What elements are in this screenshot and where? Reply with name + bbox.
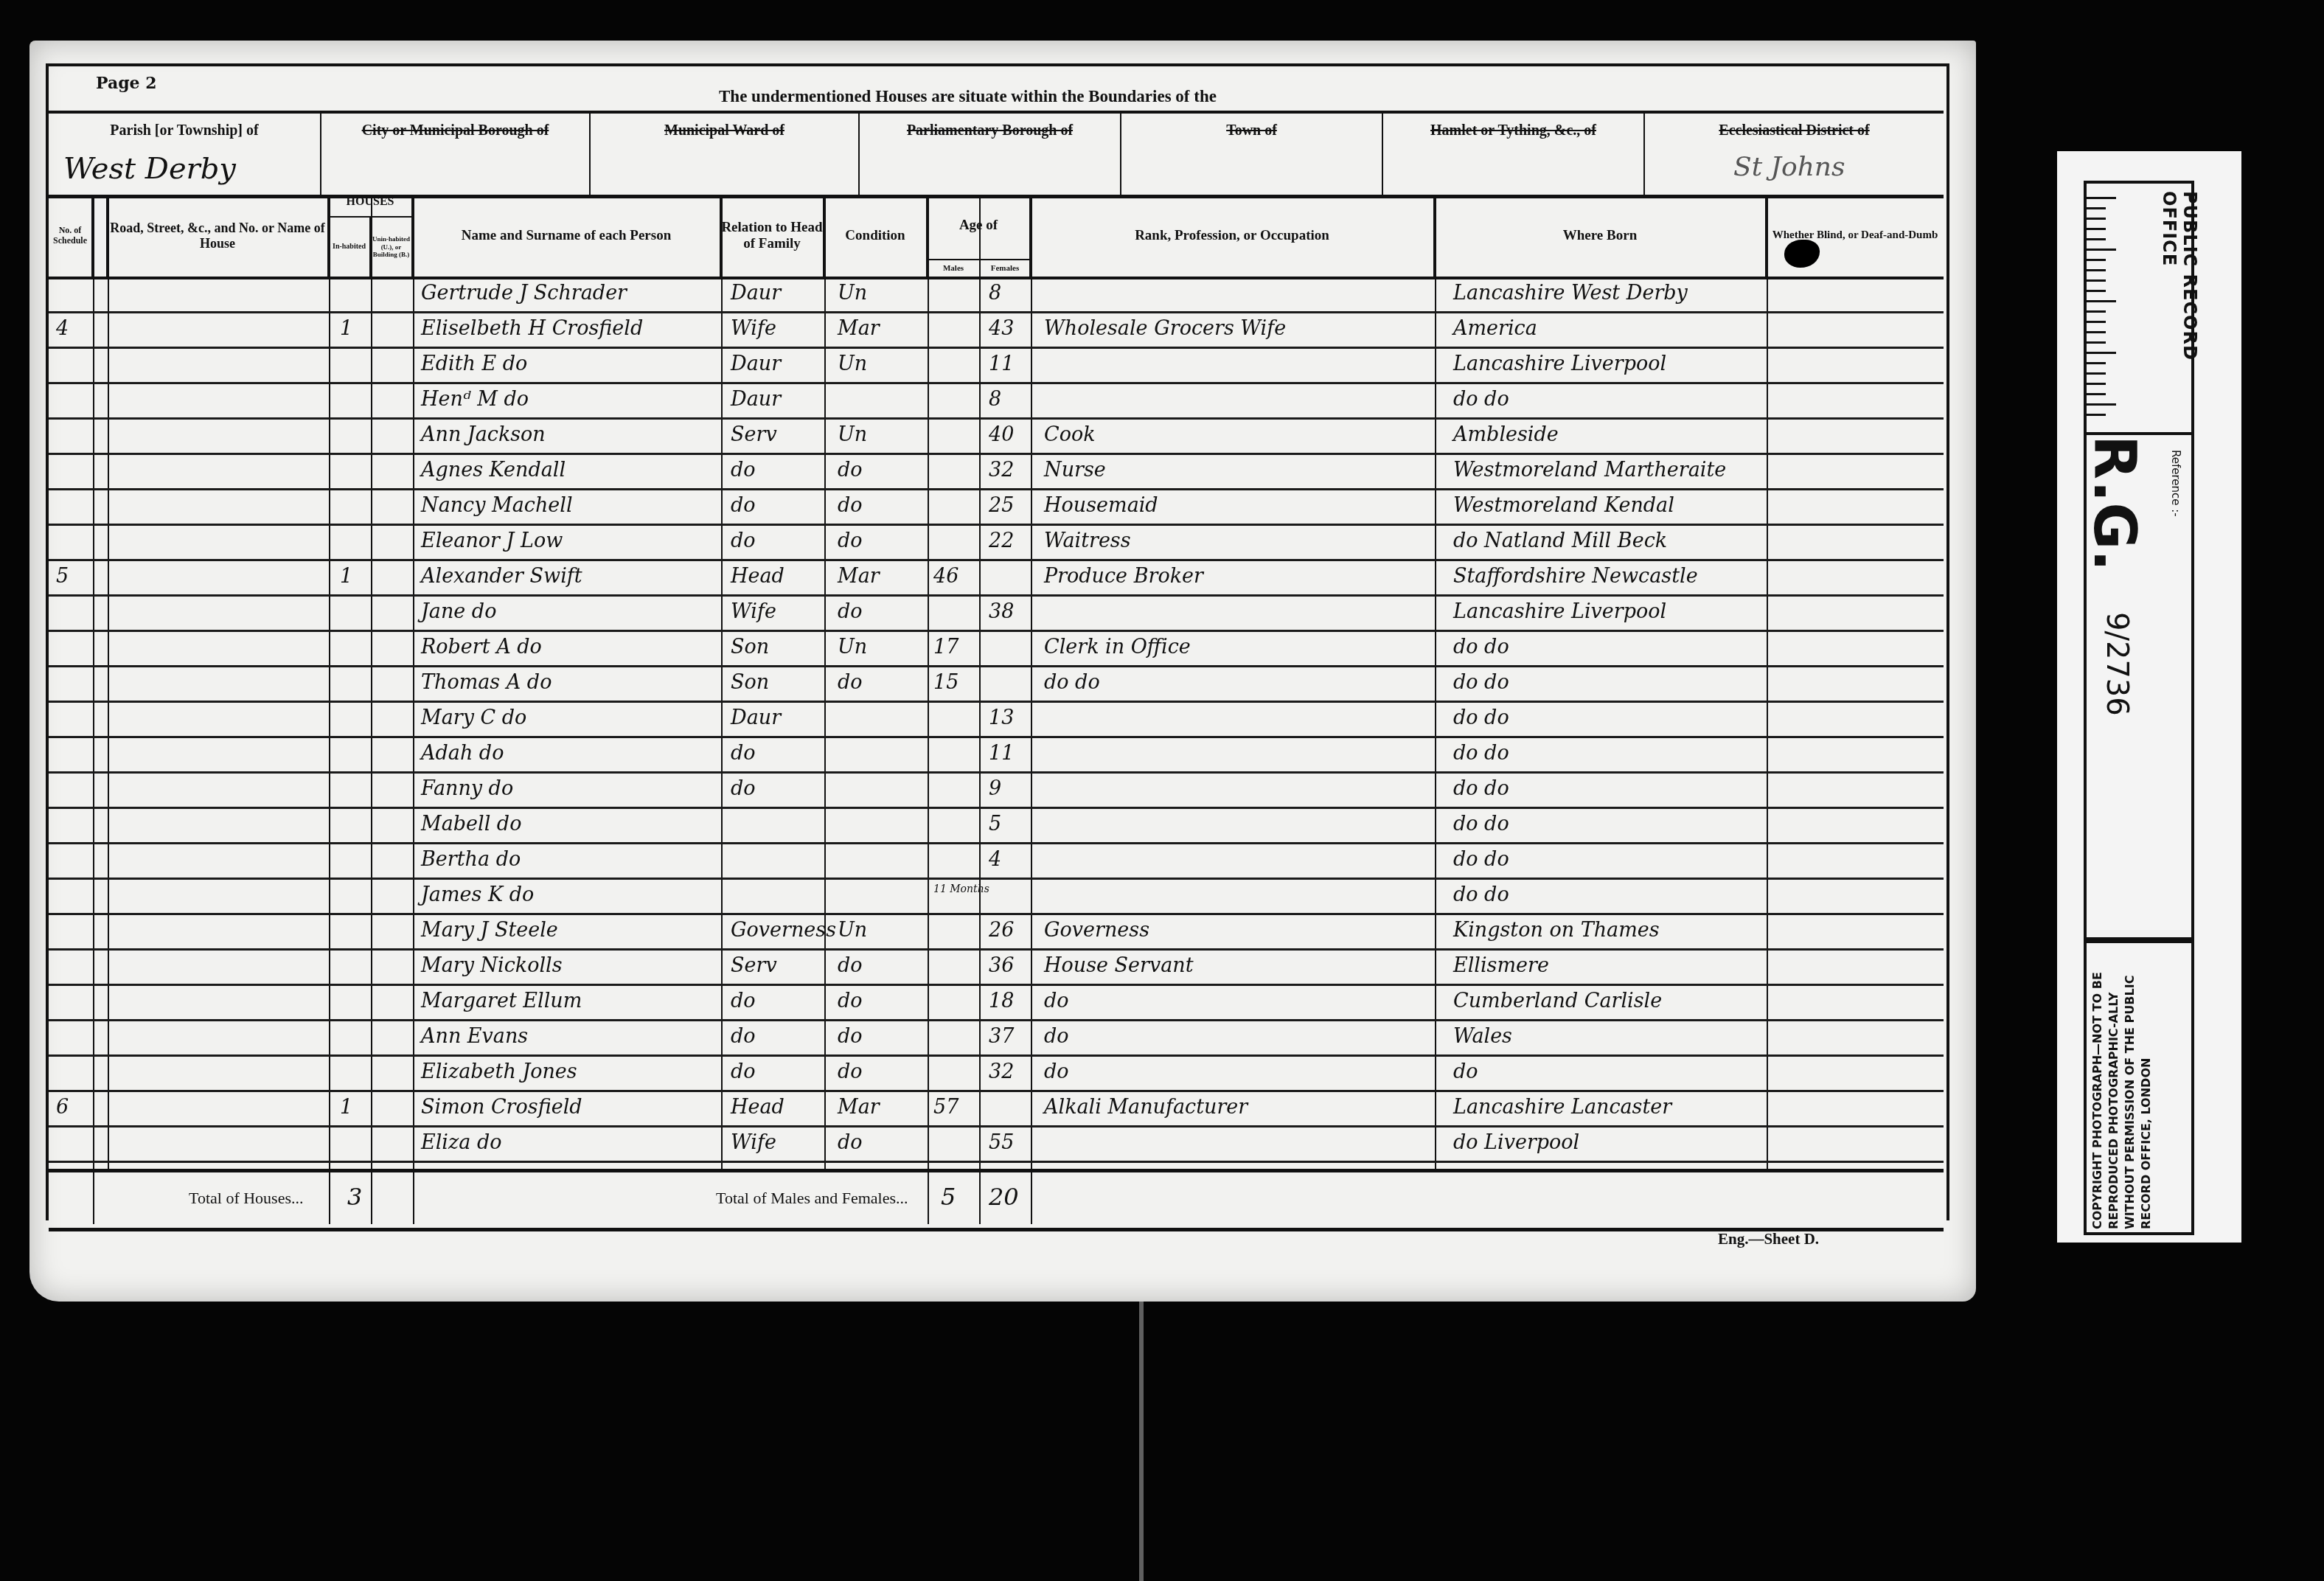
relation-to-head: do xyxy=(731,990,756,1019)
birthplace: Staffordshire Newcastle xyxy=(1453,565,1698,594)
table-row: Edith E doDaurUn11Lancashire Liverpool xyxy=(49,350,1944,384)
col-males: Males xyxy=(928,259,980,277)
female-age: 22 xyxy=(989,529,1014,559)
marital-condition: do xyxy=(838,1025,863,1054)
birthplace: do do xyxy=(1453,742,1509,771)
relation-to-head: do xyxy=(731,494,756,524)
office-name: PUBLIC RECORD OFFICE xyxy=(2159,191,2200,432)
birthplace: Lancashire West Derby xyxy=(1453,282,1688,311)
boundary-label: Ecclesiastical District of xyxy=(1645,122,1944,139)
female-age: 26 xyxy=(989,919,1014,948)
birthplace: Wales xyxy=(1453,1025,1512,1054)
female-age: 11 xyxy=(989,352,1014,382)
female-age: 9 xyxy=(989,777,1001,807)
boundary-ward: Municipal Ward of xyxy=(591,114,860,195)
boundary-borough: City or Municipal Borough of xyxy=(321,114,591,195)
person-name: Fanny do xyxy=(421,777,513,807)
occupation: Clerk in Office xyxy=(1044,636,1191,665)
table-row: James K do11 Monthsdo do xyxy=(49,880,1944,915)
person-name: James K do xyxy=(421,883,534,913)
birthplace: do do xyxy=(1453,813,1509,842)
table-row: Fanny dodo9do do xyxy=(49,774,1944,809)
relation-to-head: Son xyxy=(731,671,769,701)
relation-to-head: Serv xyxy=(731,423,777,453)
table-row: Bertha do4do do xyxy=(49,845,1944,880)
table-row: Adah dodo11do do xyxy=(49,739,1944,774)
birthplace: do do xyxy=(1453,883,1509,913)
table-row: 51Alexander SwiftHeadMar46Produce Broker… xyxy=(49,562,1944,597)
houses-label: HOUSES xyxy=(329,195,411,218)
relation-to-head: Governess xyxy=(731,919,836,948)
page-label: Page 2 xyxy=(96,74,157,93)
relation-to-head: Head xyxy=(731,1096,784,1125)
boundary-ecclesiastical: Ecclesiastical District of St Johns xyxy=(1645,114,1944,195)
boundary-label: Parish [or Township] of xyxy=(49,122,320,139)
person-name: Elizabeth Jones xyxy=(421,1060,577,1090)
col-uninhabited: Unin-habited (U.), or Building (B.) xyxy=(371,218,413,277)
occupation: Housemaid xyxy=(1044,494,1158,524)
relation-to-head: Head xyxy=(731,565,784,594)
birthplace: Westmoreland Kendal xyxy=(1453,494,1674,524)
boundary-label: Parliamentary Borough of xyxy=(860,122,1120,139)
boundary-hamlet: Hamlet or Tything, &c., of xyxy=(1383,114,1645,195)
female-age: 8 xyxy=(989,282,1001,311)
relation-to-head: Daur xyxy=(731,352,781,382)
col-born: Where Born xyxy=(1435,195,1767,277)
ruler-tick xyxy=(2087,341,2106,344)
table-row: Eleanor J Lowdodo22Waitressdo Natland Mi… xyxy=(49,527,1944,561)
boundary-label: Municipal Ward of xyxy=(591,122,858,139)
boundaries-header: Parish [or Township] of West Derby City … xyxy=(49,111,1944,198)
reference-label: Reference :- xyxy=(2169,450,2182,517)
female-age: 8 xyxy=(989,388,1001,417)
table-row: Elizabeth Jonesdodo32dodo xyxy=(49,1057,1944,1092)
birthplace: Lancashire Liverpool xyxy=(1453,600,1666,630)
male-age: 46 xyxy=(933,565,959,594)
occupation: Produce Broker xyxy=(1044,565,1203,594)
female-age: 32 xyxy=(989,459,1014,488)
table-row: Ann Evansdodo37doWales xyxy=(49,1022,1944,1057)
marital-condition: do xyxy=(838,494,863,524)
person-name: Ann Jackson xyxy=(421,423,546,453)
marital-condition: do xyxy=(838,671,863,701)
marital-condition: Mar xyxy=(838,565,880,594)
person-name: Eliselbeth H Crosfield xyxy=(421,317,643,347)
male-age: 57 xyxy=(933,1096,959,1125)
female-age: 36 xyxy=(989,954,1014,984)
birthplace: Lancashire Lancaster xyxy=(1453,1096,1671,1125)
person-name: Edith E do xyxy=(421,352,527,382)
person-name: Nancy Machell xyxy=(421,494,573,524)
schedule-number: 4 xyxy=(56,317,69,347)
archive-reference-strip: PUBLIC RECORD OFFICE R.G. 9/2736 Referen… xyxy=(2057,151,2241,1243)
table-row: Ann JacksonServUn40CookAmbleside xyxy=(49,420,1944,455)
marital-condition: do xyxy=(838,990,863,1019)
col-occupation: Rank, Profession, or Occupation xyxy=(1031,195,1435,277)
marital-condition: Un xyxy=(838,636,867,665)
marital-condition: do xyxy=(838,1060,863,1090)
inhabited-mark: 1 xyxy=(340,1096,352,1125)
inhabited-mark: 1 xyxy=(340,565,352,594)
female-age: 38 xyxy=(989,600,1014,630)
boundary-parliamentary: Parliamentary Borough of xyxy=(860,114,1121,195)
occupation: Nurse xyxy=(1044,459,1106,488)
person-name: Mary J Steele xyxy=(421,919,558,948)
female-age: 25 xyxy=(989,494,1014,524)
ruler-tick xyxy=(2087,249,2116,251)
ruler-tick xyxy=(2087,228,2106,230)
relation-to-head: do xyxy=(731,459,756,488)
total-females-value: 20 xyxy=(989,1183,1019,1211)
table-row: Mabell do5do do xyxy=(49,810,1944,844)
person-name: Eliza do xyxy=(421,1131,501,1161)
birthplace: do Liverpool xyxy=(1453,1131,1579,1161)
col-schedule: No. of Schedule xyxy=(49,195,93,277)
boundary-label: City or Municipal Borough of xyxy=(321,122,589,139)
female-age: 13 xyxy=(989,706,1014,736)
person-name: Simon Crosfield xyxy=(421,1096,582,1125)
table-row: 61Simon CrosfieldHeadMar57Alkali Manufac… xyxy=(49,1093,1944,1127)
table-row: Thomas A doSondo15do dodo do xyxy=(49,668,1944,703)
person-name: Robert A do xyxy=(421,636,542,665)
relation-to-head: Wife xyxy=(731,600,776,630)
person-name: Eleanor J Low xyxy=(421,529,563,559)
person-name: Henᵈ M do xyxy=(421,388,529,417)
female-age: 32 xyxy=(989,1060,1014,1090)
ruler-tick xyxy=(2087,207,2106,209)
relation-to-head: Wife xyxy=(731,1131,776,1161)
ruler-tick xyxy=(2087,321,2106,323)
relation-to-head: do xyxy=(731,742,756,771)
person-name: Mary C do xyxy=(421,706,526,736)
person-name: Alexander Swift xyxy=(421,565,582,594)
table-row: Nancy Machelldodo25HousemaidWestmoreland… xyxy=(49,491,1944,526)
total-houses-value: 3 xyxy=(347,1183,362,1211)
person-name: Adah do xyxy=(421,742,504,771)
boundary-value: St Johns xyxy=(1733,152,1845,182)
piece-number: 9/2736 xyxy=(2100,612,2134,716)
table-row: Mary NickollsServdo36House ServantEllism… xyxy=(49,951,1944,986)
total-houses-label: Total of Houses... xyxy=(189,1189,304,1208)
occupation: do xyxy=(1044,990,1069,1019)
ruler-tick xyxy=(2087,290,2106,292)
female-age: 5 xyxy=(989,813,1001,842)
schedule-number: 5 xyxy=(56,565,69,594)
person-name: Gertrude J Schrader xyxy=(421,282,627,311)
boundary-label: Town of xyxy=(1121,122,1382,139)
boundary-label: Hamlet or Tything, &c., of xyxy=(1383,122,1643,139)
birthplace: Kingston on Thames xyxy=(1453,919,1660,948)
form-title: The undermentioned Houses are situate wi… xyxy=(719,87,1217,106)
marital-condition: Mar xyxy=(838,1096,880,1125)
series-code: R.G. xyxy=(2081,435,2147,571)
relation-to-head: Wife xyxy=(731,317,776,347)
birthplace: do do xyxy=(1453,636,1509,665)
person-name: Mary Nickolls xyxy=(421,954,563,984)
birthplace: Lancashire Liverpool xyxy=(1453,352,1666,382)
inhabited-mark: 1 xyxy=(340,317,352,347)
boundary-parish: Parish [or Township] of West Derby xyxy=(49,114,321,195)
col-females: Females xyxy=(979,259,1031,277)
ruler-tick xyxy=(2087,238,2106,240)
female-age: 4 xyxy=(989,848,1001,878)
occupation: do xyxy=(1044,1060,1069,1090)
ruler-tick xyxy=(2087,300,2116,302)
marital-condition: Un xyxy=(838,282,867,311)
ruler-tick xyxy=(2087,269,2106,271)
col-blank xyxy=(93,195,108,277)
table-row: 41Eliselbeth H CrosfieldWifeMar43Wholesa… xyxy=(49,314,1944,349)
relation-to-head: do xyxy=(731,529,756,559)
birthplace: do do xyxy=(1453,848,1509,878)
person-name: Mabell do xyxy=(421,813,521,842)
occupation: do do xyxy=(1044,671,1100,701)
relation-to-head: Daur xyxy=(731,388,781,417)
marital-condition: Un xyxy=(838,919,867,948)
birthplace: Cumberland Carlisle xyxy=(1453,990,1662,1019)
female-age: 18 xyxy=(989,990,1014,1019)
table-row: Robert A doSonUn17Clerk in Officedo do xyxy=(49,633,1944,667)
person-name: Agnes Kendall xyxy=(421,459,566,488)
col-name: Name and Surname of each Person xyxy=(413,195,721,277)
person-name: Jane do xyxy=(421,600,496,630)
col-condition: Condition xyxy=(824,195,928,277)
marital-condition: do xyxy=(838,954,863,984)
ruler-tick xyxy=(2087,279,2106,282)
female-age: 40 xyxy=(989,423,1014,453)
col-inhabited: In-habited xyxy=(329,218,371,277)
table-row: Mary C doDaur13do do xyxy=(49,703,1944,738)
birthplace: Ambleside xyxy=(1453,423,1559,453)
table-row: Jane doWifedo38Lancashire Liverpool xyxy=(49,597,1944,632)
marital-condition: do xyxy=(838,529,863,559)
birthplace: Westmoreland Martheraite xyxy=(1453,459,1726,488)
sheet-footer: Eng.—Sheet D. xyxy=(1718,1230,1819,1248)
table-row: Gertrude J SchraderDaurUn8Lancashire Wes… xyxy=(49,279,1944,313)
ruler-tick xyxy=(2087,383,2106,385)
column-header: No. of Schedule Road, Street, &c., and N… xyxy=(49,195,1944,279)
marital-condition: do xyxy=(838,600,863,630)
marital-condition: Un xyxy=(838,352,867,382)
reference-box: R.G. 9/2736 Reference :- xyxy=(2084,435,2194,940)
table-row: Henᵈ M doDaur8do do xyxy=(49,385,1944,420)
ruler-tick xyxy=(2087,218,2106,220)
relation-to-head: Daur xyxy=(731,706,781,736)
col-relation: Relation to Head of Family xyxy=(721,195,824,277)
total-males-value: 5 xyxy=(941,1183,956,1211)
boundary-town: Town of xyxy=(1121,114,1383,195)
birthplace: do Natland Mill Beck xyxy=(1453,529,1667,559)
table-row: Mary J SteeleGovernessUn26GovernessKings… xyxy=(49,916,1944,951)
birthplace: do do xyxy=(1453,671,1509,701)
ruler-tick xyxy=(2087,197,2116,199)
occupation: House Servant xyxy=(1044,954,1194,984)
person-name: Ann Evans xyxy=(421,1025,528,1054)
totals-row: Total of Houses... 3 Total of Males and … xyxy=(49,1169,1944,1231)
birthplace: do do xyxy=(1453,777,1509,807)
relation-to-head: do xyxy=(731,777,756,807)
male-age: 17 xyxy=(933,636,959,665)
ruler-tick xyxy=(2087,310,2106,313)
marital-condition: do xyxy=(838,1131,863,1161)
measurement-ruler: PUBLIC RECORD OFFICE xyxy=(2084,181,2194,435)
ruler-tick xyxy=(2087,259,2106,261)
person-name: Thomas A do xyxy=(421,671,552,701)
female-age: 37 xyxy=(989,1025,1014,1054)
boundary-value: West Derby xyxy=(63,152,236,186)
person-name: Margaret Ellum xyxy=(421,990,582,1019)
male-age: 11 Months xyxy=(933,883,989,913)
person-name: Bertha do xyxy=(421,848,521,878)
copyright-notice: COPYRIGHT PHOTOGRAPH—NOT TO BE REPRODUCE… xyxy=(2084,940,2194,1235)
schedule-number: 6 xyxy=(56,1096,69,1125)
relation-to-head: Son xyxy=(731,636,769,665)
ruler-tick xyxy=(2087,403,2116,406)
table-row: Margaret Ellumdodo18doCumberland Carlisl… xyxy=(49,987,1944,1021)
relation-to-head: Daur xyxy=(731,282,781,311)
col-road: Road, Street, &c., and No. or Name of Ho… xyxy=(108,195,329,277)
occupation: Governess xyxy=(1044,919,1149,948)
occupation: Wholesale Grocers Wife xyxy=(1044,317,1286,347)
occupation: Cook xyxy=(1044,423,1096,453)
ruler-tick xyxy=(2087,414,2106,416)
female-age: 55 xyxy=(989,1131,1014,1161)
birthplace: Ellismere xyxy=(1453,954,1549,984)
female-age: 11 xyxy=(989,742,1014,771)
birthplace: do do xyxy=(1453,388,1509,417)
occupation: do xyxy=(1044,1025,1069,1054)
ruler-tick xyxy=(2087,362,2106,364)
table-row: Eliza doWifedo55do Liverpool xyxy=(49,1128,1944,1163)
table-row: Agnes Kendalldodo32NurseWestmoreland Mar… xyxy=(49,456,1944,490)
total-persons-label: Total of Males and Females... xyxy=(716,1189,908,1208)
copyright-text: COPYRIGHT PHOTOGRAPH—NOT TO BE REPRODUCE… xyxy=(2090,949,2154,1229)
male-age: 15 xyxy=(933,671,959,701)
occupation: Alkali Manufacturer xyxy=(1044,1096,1248,1125)
female-age: 43 xyxy=(989,317,1014,347)
birthplace: do do xyxy=(1453,706,1509,736)
ruler-tick xyxy=(2087,393,2106,395)
birthplace: do xyxy=(1453,1060,1478,1090)
fold-crease xyxy=(1139,1302,1144,1581)
relation-to-head: Serv xyxy=(731,954,777,984)
marital-condition: Un xyxy=(838,423,867,453)
ruler-tick xyxy=(2087,352,2116,354)
occupation: Waitress xyxy=(1044,529,1131,559)
marital-condition: Mar xyxy=(838,317,880,347)
relation-to-head: do xyxy=(731,1060,756,1090)
birthplace: America xyxy=(1453,317,1537,347)
marital-condition: do xyxy=(838,459,863,488)
ruler-tick xyxy=(2087,331,2106,333)
ruler-tick xyxy=(2087,372,2106,375)
relation-to-head: do xyxy=(731,1025,756,1054)
